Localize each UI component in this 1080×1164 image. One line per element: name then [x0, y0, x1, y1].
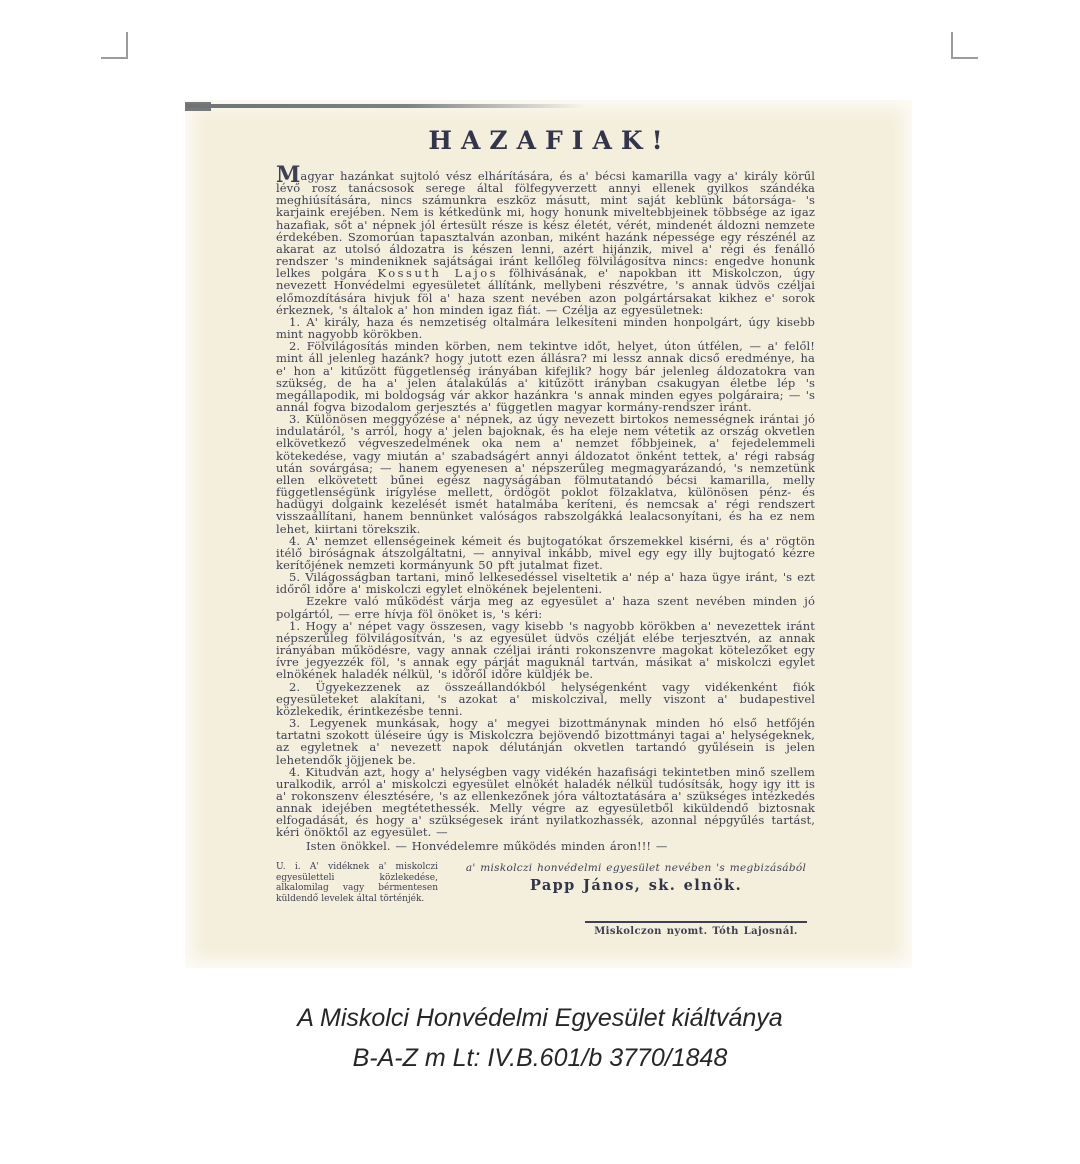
document-body: HAZAFIAK! Magyar hazánkat sujtoló vész e…: [276, 122, 815, 938]
request-text: Ügyekezzenek az összeállandókból helység…: [276, 680, 815, 718]
caption-title: A Miskolci Honvédelmi Egyesület kiáltván…: [0, 998, 1080, 1038]
caption: A Miskolci Honvédelmi Egyesület kiáltván…: [0, 998, 1080, 1078]
appeal-paragraph: Ezekre való működést várja meg az egyesü…: [276, 595, 815, 619]
caption-archive-reference: B-A-Z m Lt: IV.B.601/b 3770/1848: [0, 1038, 1080, 1078]
goal-text: Különösen meggyőzése a' népnek, az úgy n…: [276, 412, 815, 535]
request-item: 3. Legyenek munkásak, hogy a' megyei biz…: [276, 717, 815, 766]
postscript-note: U. i. A' vidéknek a' miskolczi egyesület…: [276, 862, 438, 905]
goal-text: Világosságban tartani, minő lelkesedésse…: [276, 570, 815, 596]
goal-item: 4. A' nemzet ellenségeinek kémeit és buj…: [276, 535, 815, 571]
closing-line: Isten önökkel. — Honvédelemre működés mi…: [276, 840, 815, 852]
goal-item: 5. Világosságban tartani, minő lelkesedé…: [276, 571, 815, 595]
signature-name: Papp János, sk. elnök.: [461, 880, 811, 892]
request-item: 4. Kitudván azt, hogy a' helységben vagy…: [276, 766, 815, 839]
printer-imprint: Miskolczon nyomt. Tóth Lajosnál.: [585, 921, 807, 938]
intro-text-before: agyar hazánkat sujtoló vész elhárítására…: [276, 169, 815, 280]
crop-mark-top-left-icon: [101, 32, 128, 59]
page: HAZAFIAK! Magyar hazánkat sujtoló vész e…: [0, 0, 1080, 1164]
request-text: Hogy a' népet vagy összesen, vagy kisebb…: [276, 619, 815, 682]
scan-top-edge: [186, 104, 586, 108]
goal-text: A' király, haza és nemzetiség oltalmára …: [276, 315, 815, 341]
goal-item: 3. Különösen meggyőzése a' népnek, az úg…: [276, 413, 815, 535]
request-text: Kitudván azt, hogy a' helységben vagy vi…: [276, 765, 815, 840]
document-footer: U. i. A' vidéknek a' miskolczi egyesület…: [276, 862, 815, 905]
goal-text: A' nemzet ellenségeinek kémeit és bujtog…: [276, 534, 815, 572]
intro-paragraph: Magyar hazánkat sujtoló vész elhárításár…: [276, 170, 815, 316]
request-item: 1. Hogy a' népet vagy összesen, vagy kis…: [276, 620, 815, 681]
goal-item: 2. Fölvilágosítás minden körben, nem tek…: [276, 340, 815, 413]
request-text: Legyenek munkásak, hogy a' megyei bizott…: [276, 716, 815, 766]
signature-block: a' miskolczi honvédelmi egyesület nevébe…: [461, 862, 811, 892]
signature-on-behalf: a' miskolczi honvédelmi egyesület nevébe…: [461, 862, 811, 875]
goal-text: Fölvilágosítás minden körben, nem tekint…: [276, 339, 815, 414]
document-title: HAZAFIAK!: [276, 126, 815, 156]
document-scan: HAZAFIAK! Magyar hazánkat sujtoló vész e…: [185, 100, 912, 968]
crop-mark-top-right-icon: [951, 32, 978, 59]
goal-item: 1. A' király, haza és nemzetiség oltalmá…: [276, 316, 815, 340]
request-item: 2. Ügyekezzenek az összeállandókból hely…: [276, 681, 815, 717]
